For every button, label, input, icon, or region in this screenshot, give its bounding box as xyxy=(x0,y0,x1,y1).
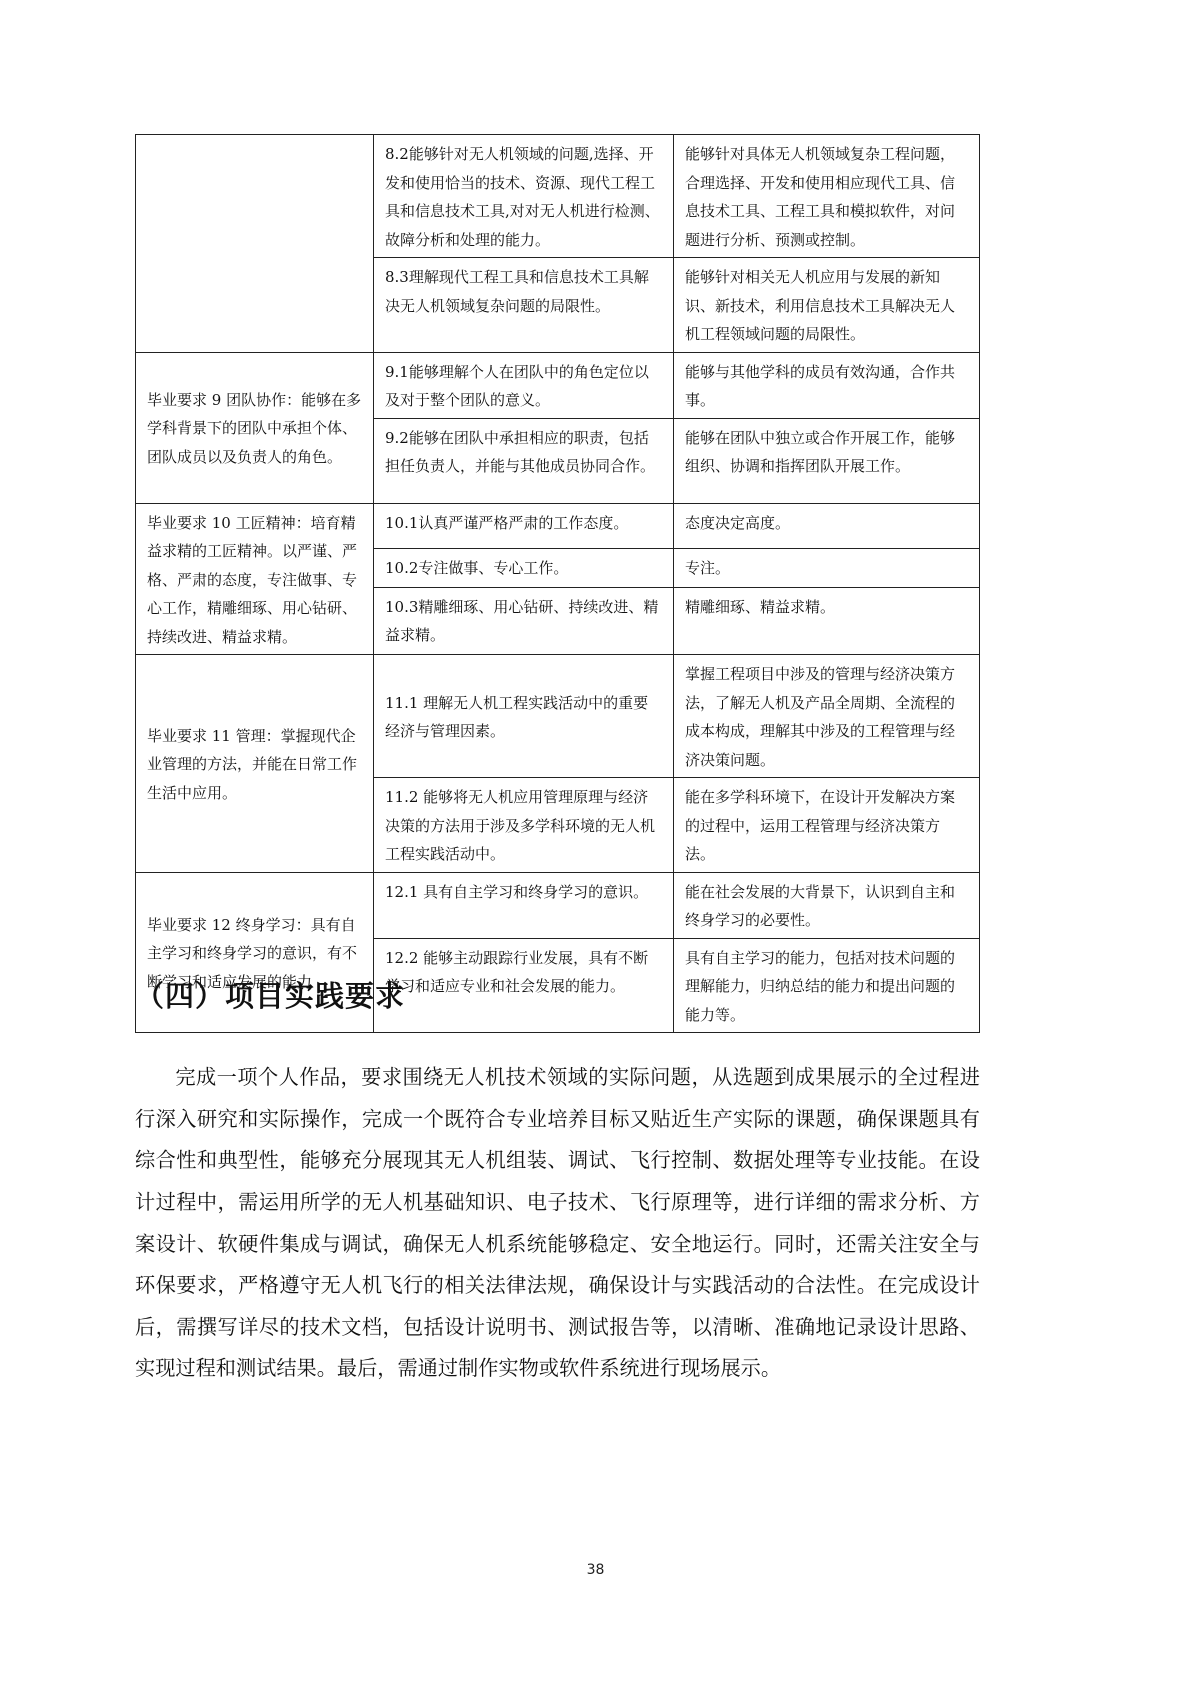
document-page: 8.2能够针对无人机领域的问题,选择、开发和使用恰当的技术、资源、现代工程工具和… xyxy=(0,0,1191,1684)
observation-cell: 精雕细琢、精益求精。 xyxy=(674,587,980,654)
table-row: 8.2能够针对无人机领域的问题,选择、开发和使用恰当的技术、资源、现代工程工具和… xyxy=(136,135,980,258)
requirement-cell: 毕业要求 10 工匠精神：培育精益求精的工匠精神。以严谨、严格、严肃的态度，专注… xyxy=(136,503,374,655)
table-row: 毕业要求 12 终身学习：具有自主学习和终身学习的意识，有不断学习和适应发展的能… xyxy=(136,872,980,938)
observation-cell: 能在社会发展的大背景下，认识到自主和终身学习的必要性。 xyxy=(674,872,980,938)
observation-cell: 能在多学科环境下，在设计开发解决方案的过程中，运用工程管理与经济决策方法。 xyxy=(674,778,980,873)
indicator-cell: 10.3精雕细琢、用心钻研、持续改进、精益求精。 xyxy=(374,587,674,654)
observation-cell: 态度决定高度。 xyxy=(674,503,980,549)
requirement-cell xyxy=(136,135,374,353)
requirement-cell: 毕业要求 11 管理：掌握现代企业管理的方法，并能在日常工作生活中应用。 xyxy=(136,655,374,873)
observation-cell: 能够针对具体无人机领域复杂工程问题，合理选择、开发和使用相应现代工具、信息技术工… xyxy=(674,135,980,258)
table-row: 毕业要求 11 管理：掌握现代企业管理的方法，并能在日常工作生活中应用。 11.… xyxy=(136,655,980,778)
body-paragraph: 完成一项个人作品，要求围绕无人机技术领域的实际问题，从选题到成果展示的全过程进行… xyxy=(135,1057,980,1390)
section-heading: （四）项目实践要求 xyxy=(135,974,405,1015)
observation-cell: 具有自主学习的能力，包括对技术问题的理解能力，归纳总结的能力和提出问题的能力等。 xyxy=(674,938,980,1033)
table-row: 毕业要求 9 团队协作：能够在多学科背景下的团队中承担个体、团队成员以及负责人的… xyxy=(136,352,980,418)
observation-cell: 能够与其他学科的成员有效沟通，合作共事。 xyxy=(674,352,980,418)
indicator-cell: 8.3理解现代工程工具和信息技术工具解决无人机领域复杂问题的局限性。 xyxy=(374,258,674,353)
indicator-cell: 12.2 能够主动跟踪行业发展，具有不断学习和适应专业和社会发展的能力。 xyxy=(374,938,674,1033)
indicator-cell: 8.2能够针对无人机领域的问题,选择、开发和使用恰当的技术、资源、现代工程工具和… xyxy=(374,135,674,258)
requirement-cell: 毕业要求 9 团队协作：能够在多学科背景下的团队中承担个体、团队成员以及负责人的… xyxy=(136,352,374,503)
indicator-cell: 11.2 能够将无人机应用管理原理与经济决策的方法用于涉及多学科环境的无人机工程… xyxy=(374,778,674,873)
indicator-cell: 12.1 具有自主学习和终身学习的意识。 xyxy=(374,872,674,938)
indicator-cell: 9.1能够理解个人在团队中的角色定位以及对于整个团队的意义。 xyxy=(374,352,674,418)
observation-cell: 能够在团队中独立或合作开展工作，能够组织、协调和指挥团队开展工作。 xyxy=(674,418,980,503)
observation-cell: 专注。 xyxy=(674,549,980,588)
page-number: 38 xyxy=(0,1562,1191,1578)
table-row: 毕业要求 10 工匠精神：培育精益求精的工匠精神。以严谨、严格、严肃的态度，专注… xyxy=(136,503,980,549)
indicator-cell: 11.1 理解无人机工程实践活动中的重要经济与管理因素。 xyxy=(374,655,674,778)
observation-cell: 能够针对相关无人机应用与发展的新知识、新技术，利用信息技术工具解决无人机工程领域… xyxy=(674,258,980,353)
indicator-cell: 10.2专注做事、专心工作。 xyxy=(374,549,674,588)
observation-cell: 掌握工程项目中涉及的管理与经济决策方法，了解无人机及产品全周期、全流程的成本构成… xyxy=(674,655,980,778)
indicator-cell: 10.1认真严谨严格严肃的工作态度。 xyxy=(374,503,674,549)
indicator-cell: 9.2能够在团队中承担相应的职责，包括担任负责人，并能与其他成员协同合作。 xyxy=(374,418,674,503)
graduation-requirements-table: 8.2能够针对无人机领域的问题,选择、开发和使用恰当的技术、资源、现代工程工具和… xyxy=(135,134,980,1033)
